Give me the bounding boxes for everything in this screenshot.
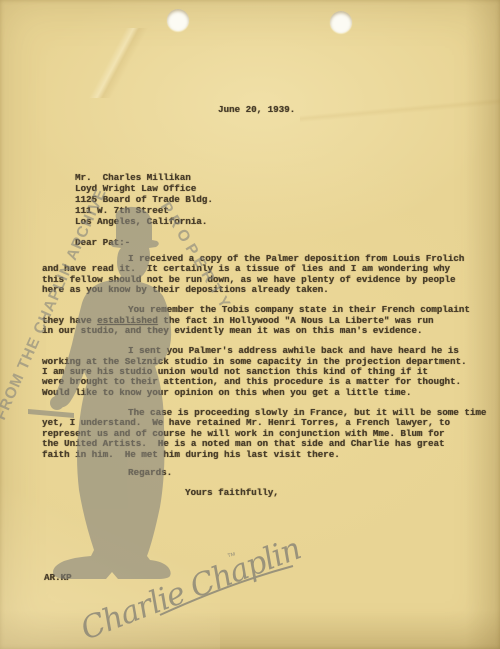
signature-group: Charlie Chaplin ™ [76,531,305,648]
address-line: 1125 Board of Trade Bldg. [75,194,213,205]
address-line: 111 W. 7th Street [75,205,213,216]
typist-reference: AR.KP [44,572,72,583]
body-line: the United Artists. He is a noted man on… [42,439,476,449]
body-line: Would like to know your opinion on this … [42,388,476,398]
letter-paper: June 20, 1939. Mr. Charles Millikan Loyd… [0,0,500,649]
closing-line: Yours faithfully, [185,487,279,498]
paragraph: I sent you Palmer's address awhile back … [42,346,476,398]
recipient-address: Mr. Charles Millikan Loyd Wright Law Off… [75,172,213,227]
punch-hole-left [167,9,189,31]
punch-hole-right [330,11,352,33]
signature-flourish [160,566,293,615]
letter-date: June 20, 1939. [218,104,295,115]
paper-fold-highlight [0,440,220,649]
address-line: Los Angeles, California. [75,216,213,227]
address-line: Loyd Wright Law Office [75,183,213,194]
paper-crease [300,90,500,130]
salutation: Dear Pat:- [75,237,130,248]
trademark-symbol: ™ [226,550,237,562]
body-line: in our studio, and they evidently mean i… [42,326,476,336]
body-line: here as you know by their depositions al… [42,285,476,295]
address-line: Mr. Charles Millikan [75,172,213,183]
body-line: faith in him. He met him during his last… [42,450,476,460]
chaplin-signature: Charlie Chaplin [76,531,305,648]
letter-body: I received a copy of the Palmer depositi… [42,254,476,470]
paragraph: I received a copy of the Palmer depositi… [42,254,476,295]
paper-crease [40,28,190,98]
regards-line: Regards. [128,467,172,478]
paragraph: The case is proceeding slowly in France,… [42,408,476,460]
paragraph: You remember the Tobis company state in … [42,305,476,336]
